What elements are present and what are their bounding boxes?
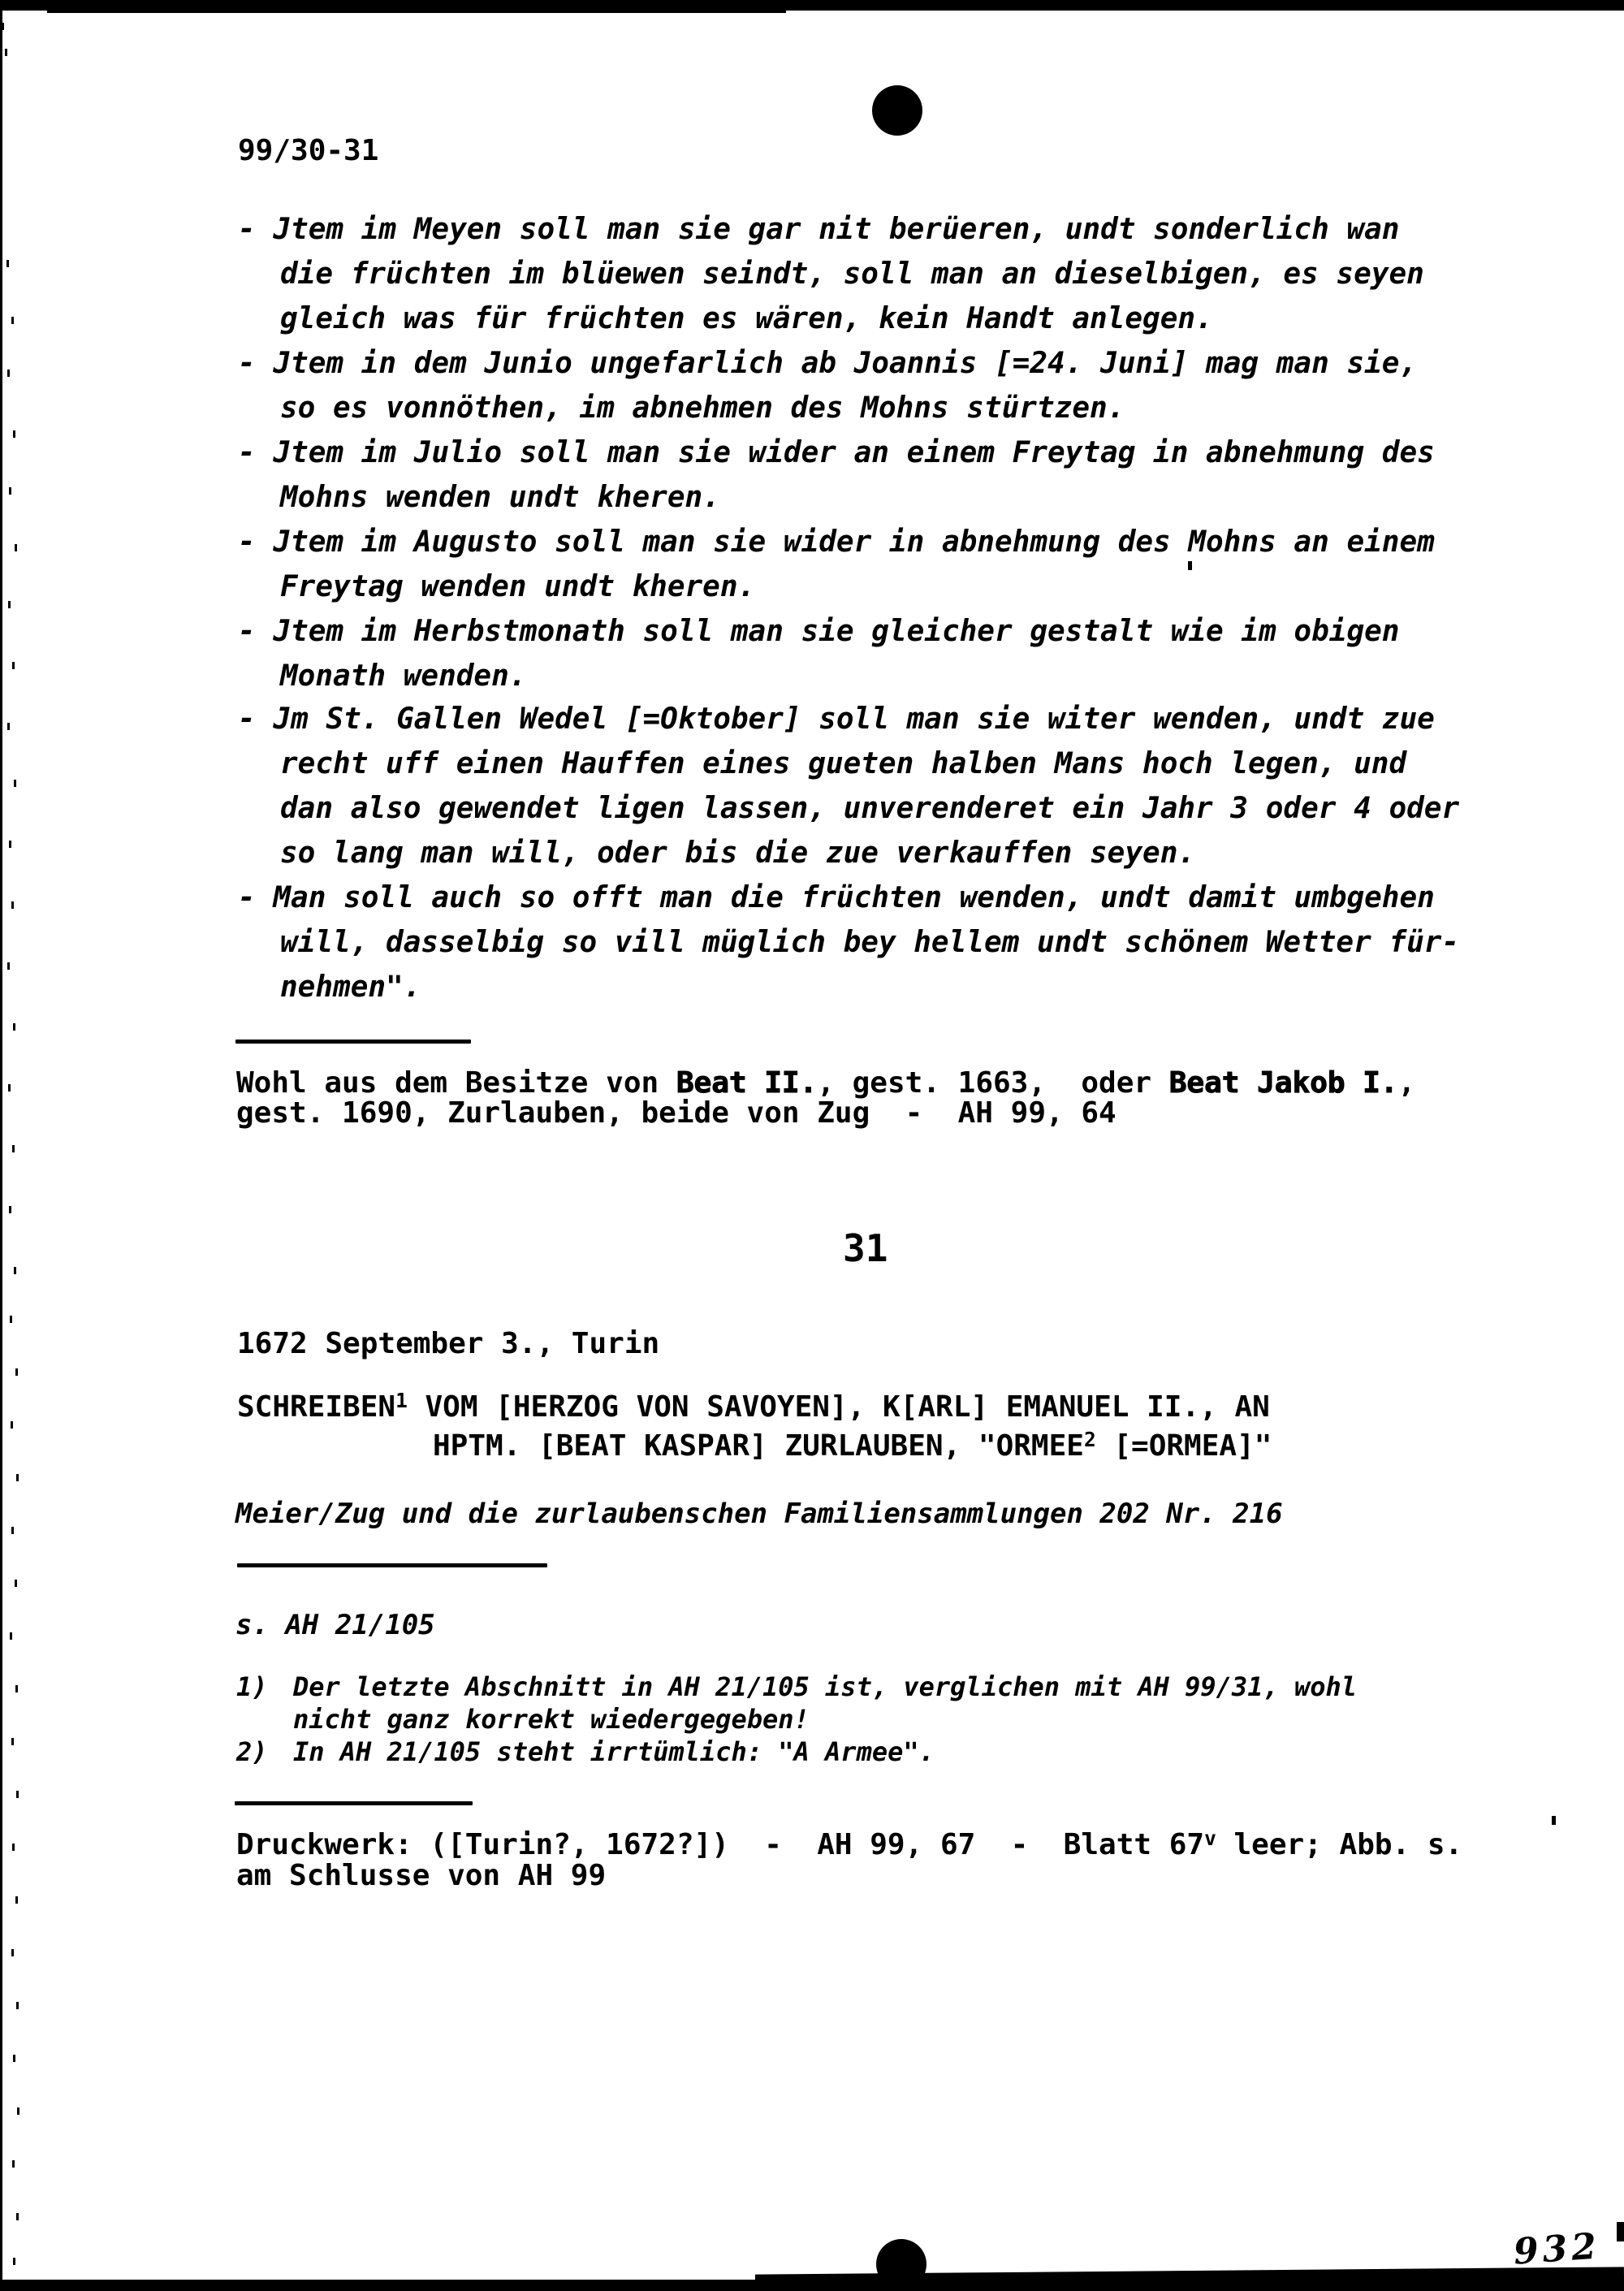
- source-citation: Meier/Zug und die zurlaubenschen Familie…: [235, 1500, 1283, 1528]
- transcript-line: Freytag wenden undt kheren.: [280, 573, 755, 602]
- transcript-line: dan also gewendet ligen lassen, unverend…: [280, 794, 1459, 823]
- transcript-line: die früchten im blüewen seindt, soll man…: [280, 260, 1424, 289]
- transcript-line: - Jtem im Julio soll man sie wider an ei…: [238, 439, 1435, 468]
- transcript-line: so es vonnöthen, im abnehmen des Mohns s…: [280, 394, 1125, 423]
- imprint-line-2: am Schlusse von AH 99: [236, 1861, 606, 1891]
- separator-rule-1: [235, 1040, 471, 1044]
- separator-rule-3: [235, 1801, 473, 1805]
- transcript-line: - Jtem im Meyen soll man sie gar nit ber…: [238, 215, 1399, 244]
- footnote-1-line-1: Der letzte Abschnitt in AH 21/105 ist, v…: [293, 1674, 1357, 1700]
- separator-rule-2: [237, 1563, 547, 1567]
- handwritten-page-number: 932: [1512, 2225, 1601, 2272]
- scan-edge-right-tick: [1617, 2222, 1624, 2241]
- footnote-1-number: 1): [236, 1674, 268, 1700]
- provenance-line-1: Wohl aus dem Besitze von Beat II., gest.…: [236, 1069, 1415, 1098]
- entry-title-line-2: HPTM. [BEAT KASPAR] ZURLAUBEN, "ORMEE2 […: [433, 1432, 1272, 1461]
- transcript-line: - Man soll auch so offt man die früchten…: [238, 884, 1435, 913]
- transcript-line: will, dasselbig so vill müglich bey hell…: [280, 928, 1459, 957]
- entry-date-place: 1672 September 3., Turin: [237, 1329, 659, 1359]
- provenance-line-2: gest. 1690, Zurlauben, beide von Zug - A…: [236, 1099, 1116, 1128]
- transcript-line: so lang man will, oder bis die zue verka…: [280, 839, 1195, 868]
- transcript-line: Monath wenden.: [280, 662, 526, 691]
- transcript-line: - Jtem im Herbstmonath soll man sie glei…: [238, 617, 1399, 646]
- transcript-line: - Jtem im Augusto soll man sie wider in …: [238, 528, 1435, 557]
- scan-edge-left: [0, 0, 2, 2291]
- see-reference: s. AH 21/105: [235, 1611, 435, 1639]
- entry-number: 31: [843, 1230, 888, 1267]
- scanned-document-page: { "page": { "catalog_ref": "99/30-31", "…: [0, 0, 1624, 2291]
- transcript-line: Mohns wenden undt kheren.: [280, 483, 720, 512]
- entry-title-line-1: SCHREIBEN1 VOM [HERZOG VON SAVOYEN], K[A…: [237, 1393, 1270, 1422]
- footnote-2-number: 2): [236, 1739, 268, 1765]
- scan-speck-field: [5, 49, 7, 56]
- scan-edge-top: [0, 0, 1624, 11]
- footnote-2-line-1: In AH 21/105 steht irrtümlich: "A Armee"…: [293, 1739, 935, 1765]
- transcript-line: - Jtem in dem Junio ungefarlich ab Joann…: [238, 349, 1417, 378]
- transcript-line: gleich was für früchten es wären, kein H…: [280, 305, 1213, 334]
- punch-hole-top: [872, 85, 922, 136]
- transcript-line: nehmen".: [280, 973, 421, 1002]
- catalog-ref: 99/30-31: [238, 136, 378, 166]
- footnote-1-line-2: nicht ganz korrekt wiedergegeben!: [293, 1706, 810, 1732]
- transcript-line: - Jm St. Gallen Wedel [=Oktober] soll ma…: [238, 705, 1435, 734]
- imprint-line-1: Druckwerk: ([Turin?, 1672?]) - AH 99, 67…: [236, 1831, 1462, 1860]
- scan-edge-top-fray: [47, 11, 786, 13]
- transcript-line: recht uff einen Hauffen eines gueten hal…: [280, 750, 1406, 779]
